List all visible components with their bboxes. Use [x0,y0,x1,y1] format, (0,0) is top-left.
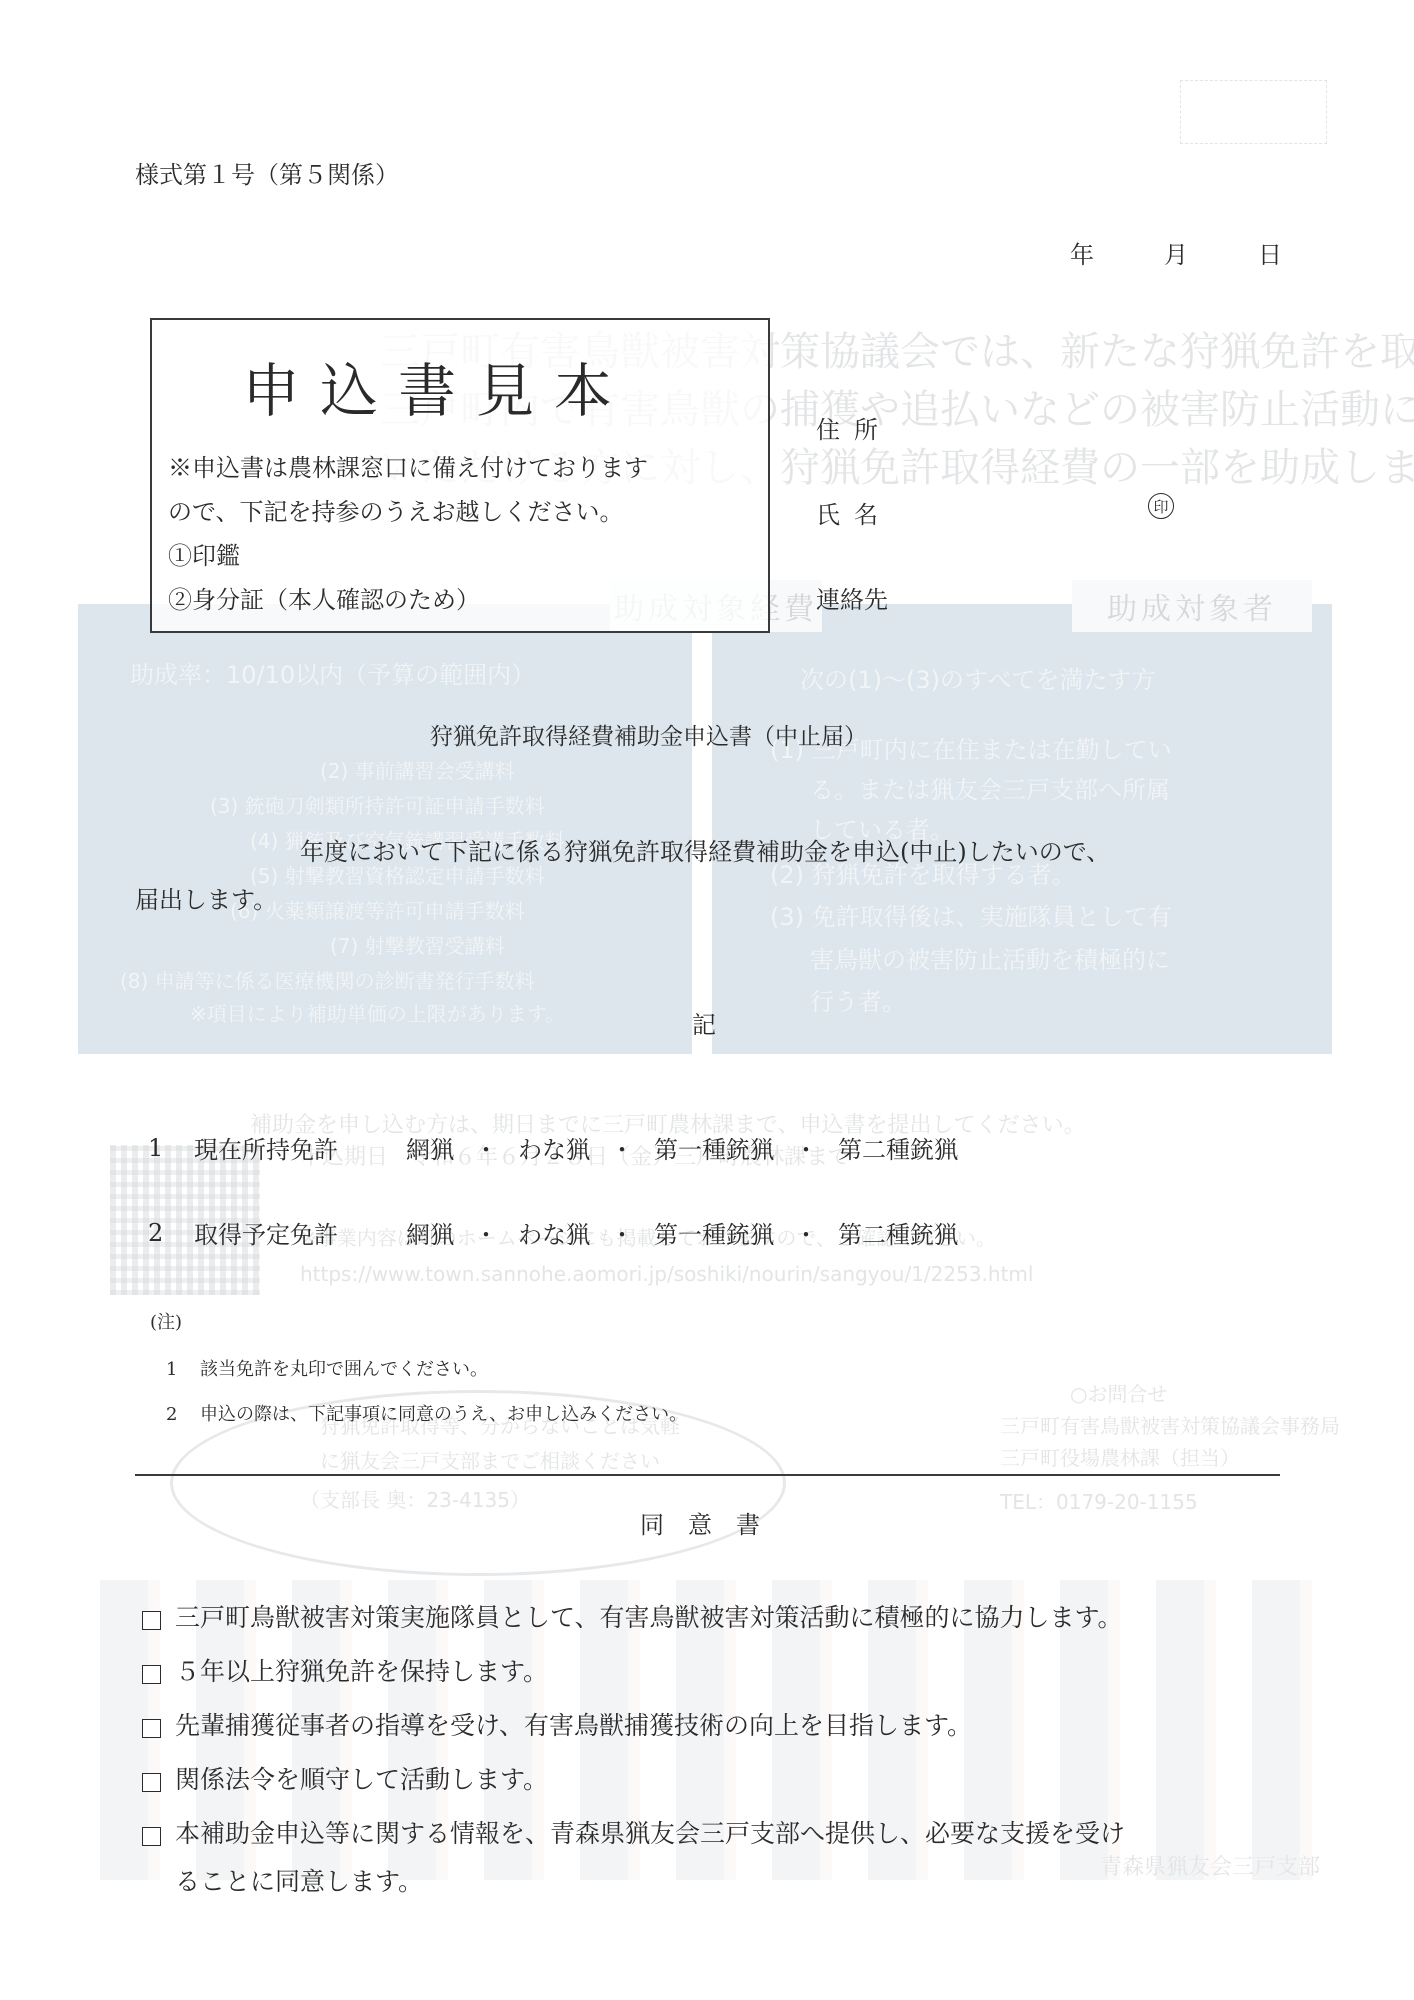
sample-item-id: ②身分証（本人確認のため） [168,580,480,615]
bleed-left-item: (3) 銃砲刀剣類所持許可証申請手数料 [210,790,545,819]
bleed-left-item: (8) 申請等に係る医療機関の診断書発行手数料 [120,965,535,994]
bleed-contact-heading: ○お問合せ [1070,1378,1167,1407]
form-number: 様式第１号（第５関係） [135,155,399,190]
license-row-label: 取得予定免許 [194,1215,394,1250]
name-label: 氏名 [816,495,892,530]
separator: ・ [590,1215,654,1250]
consent-text: 先輩捕獲従事者の指導を受け、有害鳥獣捕獲技術の向上を目指します。 [175,1702,972,1750]
consent-checkbox[interactable] [142,1665,161,1684]
bleed-right-item: 行う者。 [810,982,906,1017]
consent-text: 三戸町鳥獣被害対策実施隊員として、有害鳥獣被害対策活動に積極的に協力します。 [175,1594,1123,1642]
separator: ・ [590,1130,654,1165]
consent-text: 本補助金申込等に関する情報を、青森県猟友会三戸支部へ提供し、必要な支援を受け る… [175,1810,1125,1906]
sample-item-seal: ①印鑑 [168,536,240,571]
note-item: 2申込の際は、下記事項に同意のうえ、お申し込みください。 [166,1400,687,1426]
consent-item: 三戸町鳥獣被害対策実施隊員として、有害鳥獣被害対策活動に積極的に協力します。 [142,1604,1123,1642]
body-text-line2: 届出します。 [135,880,277,915]
note-item: 1該当免許を丸印で囲んでください。 [166,1355,488,1381]
license-row-planned: 2 取得予定免許 網猟 ・ わな猟 ・ 第一種銃猟 ・ 第二種銃猟 [148,1215,958,1250]
note-number: 2 [166,1404,200,1425]
bleed-left-item: (2) 事前講習会受講料 [320,755,515,784]
bleed-right-item: 害鳥獣の被害防止活動を積極的に [810,940,1170,975]
consent-checkbox[interactable] [142,1827,161,1846]
license-option-net[interactable]: 網猟 [406,1215,454,1250]
sample-notice-line: ※申込書は農林課窓口に備え付けております [168,448,648,483]
ki-mark: 記 [692,1005,716,1040]
sample-title: 申込書見本 [242,344,632,428]
bleed-bubble-line2: に猟友会三戸支部までご相談ください [320,1445,660,1474]
consent-text: ５年以上狩猟免許を保持します。 [175,1648,548,1696]
consent-item: 関係法令を順守して活動します。 [142,1766,548,1804]
bleed-right-item: 次の(1)～(3)のすべてを満たす方 [800,660,1156,695]
bleed-right-item: る。または猟友会三戸支部へ所属 [810,770,1170,805]
bleed-tab-right: 助成対象者 [1072,580,1312,632]
sample-notice-line: ので、下記を持参のうえお越しください。 [168,492,624,527]
date-day[interactable]: 日 [1258,235,1282,270]
bleed-bubble-line3: （支部長 奥：23-4135） [300,1484,530,1513]
separator: ・ [774,1130,838,1165]
separator: ・ [454,1215,518,1250]
bleed-contact-tel: TEL：0179-20-1155 [1000,1486,1198,1515]
consent-text-line: 本補助金申込等に関する情報を、青森県猟友会三戸支部へ提供し、必要な支援を受け [175,1819,1125,1848]
license-option-gun2[interactable]: 第二種銃猟 [838,1130,958,1165]
bleed-rate: 助成率：10/10以内（予算の範囲内） [130,655,535,690]
body-text-line1: 年度において下記に係る狩猟免許取得経費補助金を申込(中止)したいので、 [300,832,1110,867]
consent-text: 関係法令を順守して活動します。 [175,1756,548,1804]
date-line: 年月日 [1070,235,1282,270]
consent-item: ５年以上狩猟免許を保持します。 [142,1658,548,1696]
faint-stamp-box [1180,80,1327,144]
bleed-contact-org: 三戸町有害鳥獣被害対策協議会事務局 [1000,1410,1340,1439]
consent-checkbox[interactable] [142,1773,161,1792]
date-year[interactable]: 年 [1070,235,1094,270]
date-month[interactable]: 月 [1164,235,1188,270]
license-option-gun1[interactable]: 第一種銃猟 [654,1130,774,1165]
contact-label: 連絡先 [816,580,888,615]
license-row-number: 2 [148,1219,194,1247]
consent-checkbox[interactable] [142,1611,161,1630]
address-label: 住所 [816,410,892,445]
license-option-trap[interactable]: わな猟 [518,1215,590,1250]
consent-title: 同意書 [640,1505,784,1540]
license-option-gun2[interactable]: 第二種銃猟 [838,1215,958,1250]
section-divider [135,1474,1280,1476]
bleed-left-item: ※項目により補助単価の上限があります。 [190,998,565,1027]
bleed-contact-dept: 三戸町役場農林課（担当） [1000,1442,1240,1471]
license-row-label: 現在所持免許 [194,1130,394,1165]
consent-text-continuation: ることに同意します。 [175,1867,423,1896]
sample-notice-box: 申込書見本 ※申込書は農林課窓口に備え付けております ので、下記を持参のうえお越… [150,318,770,633]
consent-item: 先輩捕獲従事者の指導を受け、有害鳥獣捕獲技術の向上を目指します。 [142,1712,972,1750]
seal-icon: 印 [1148,493,1174,519]
notes-heading: (注) [150,1308,182,1334]
license-row-current: 1 現在所持免許 網猟 ・ わな猟 ・ 第一種銃猟 ・ 第二種銃猟 [148,1130,958,1165]
note-text: 申込の際は、下記事項に同意のうえ、お申し込みください。 [200,1404,687,1425]
consent-item: 本補助金申込等に関する情報を、青森県猟友会三戸支部へ提供し、必要な支援を受け る… [142,1820,1125,1906]
license-option-trap[interactable]: わな猟 [518,1130,590,1165]
bleed-left-item: (7) 射撃教習受講料 [330,930,505,959]
note-number: 1 [166,1359,200,1380]
bleed-url: https://www.town.sannohe.aomori.jp/soshi… [300,1262,1033,1286]
consent-checkbox[interactable] [142,1719,161,1738]
document-title: 狩猟免許取得経費補助金申込書（中止届） [430,718,867,751]
separator: ・ [454,1130,518,1165]
license-option-gun1[interactable]: 第一種銃猟 [654,1215,774,1250]
separator: ・ [774,1215,838,1250]
bleed-footer-org: 青森県猟友会三戸支部 [1100,1850,1320,1881]
bleed-right-item: (3) 免許取得後は、実施隊員として有 [770,897,1172,932]
note-text: 該当免許を丸印で囲んでください。 [200,1359,488,1380]
license-row-number: 1 [148,1134,194,1162]
license-option-net[interactable]: 網猟 [406,1130,454,1165]
